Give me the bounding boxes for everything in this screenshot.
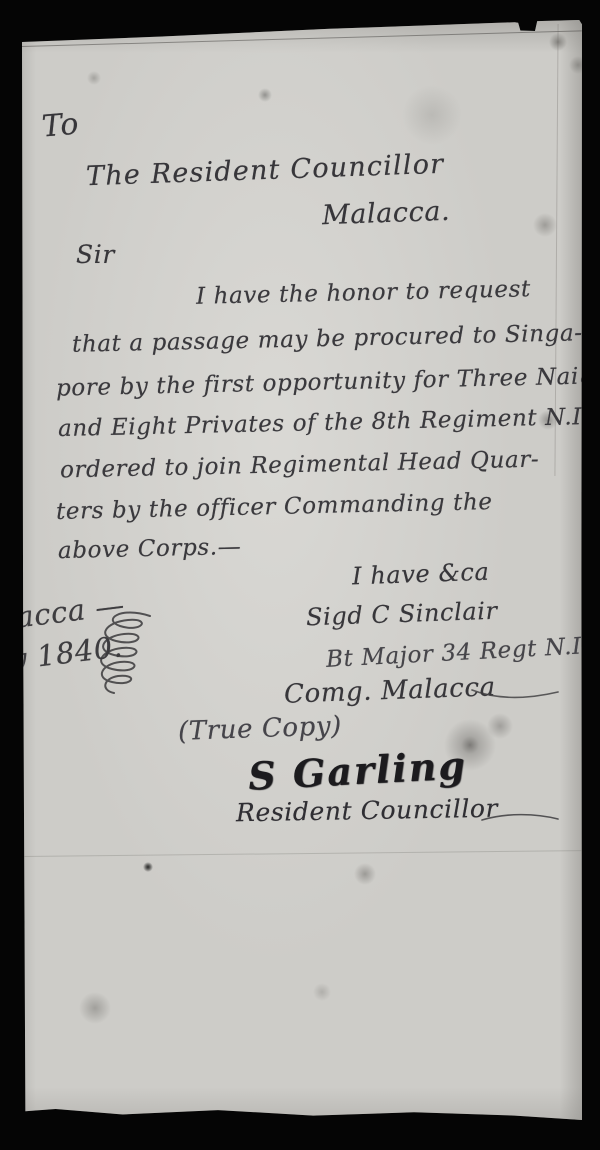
letter-body-line: pore by the first opportunity for Three … [56,362,600,401]
certifier-signature: S Garling [247,742,468,798]
scanned-letter-view: { "scan": { "background_color": "#050505… [0,0,600,1150]
pen-stroke-tail [480,810,562,826]
letter-body-line: above Corps.— [58,534,242,564]
signature-command: Comg. Malacca [284,672,497,709]
signature-signed-by: Sigd C Sinclair [306,597,498,632]
certifier-title: Resident Councillor [236,794,499,828]
letter-addressee: The Resident Councillor [86,149,445,192]
letter-body-line: ters by the officer Commanding the [56,489,493,525]
true-copy-certification: (True Copy) [178,711,343,747]
letter-page: To The Resident Councillor Malacca. Sir … [22,20,582,1120]
middle-fold-crease [22,850,582,857]
letter-salutation: Sir [76,240,115,269]
letter-body-line: that a passage may be procured to Singa- [72,320,583,358]
ink-spiral-flourish [94,610,154,705]
letter-body-line: ordered to join Regimental Head Quar- [60,447,540,484]
letter-to-label: To [41,106,81,144]
pen-stroke-tail [470,686,562,704]
letter-addressee-place: Malacca. [321,196,450,231]
letter-body-line: I have the honor to request [196,276,531,310]
letter-body-line: and Eight Privates of the 8th Regiment N… [58,404,590,442]
signature-rank: Bt Major 34 Regt N.I. [326,633,591,673]
letter-closing: I have &ca [352,558,490,591]
top-fold-crease [22,30,582,47]
